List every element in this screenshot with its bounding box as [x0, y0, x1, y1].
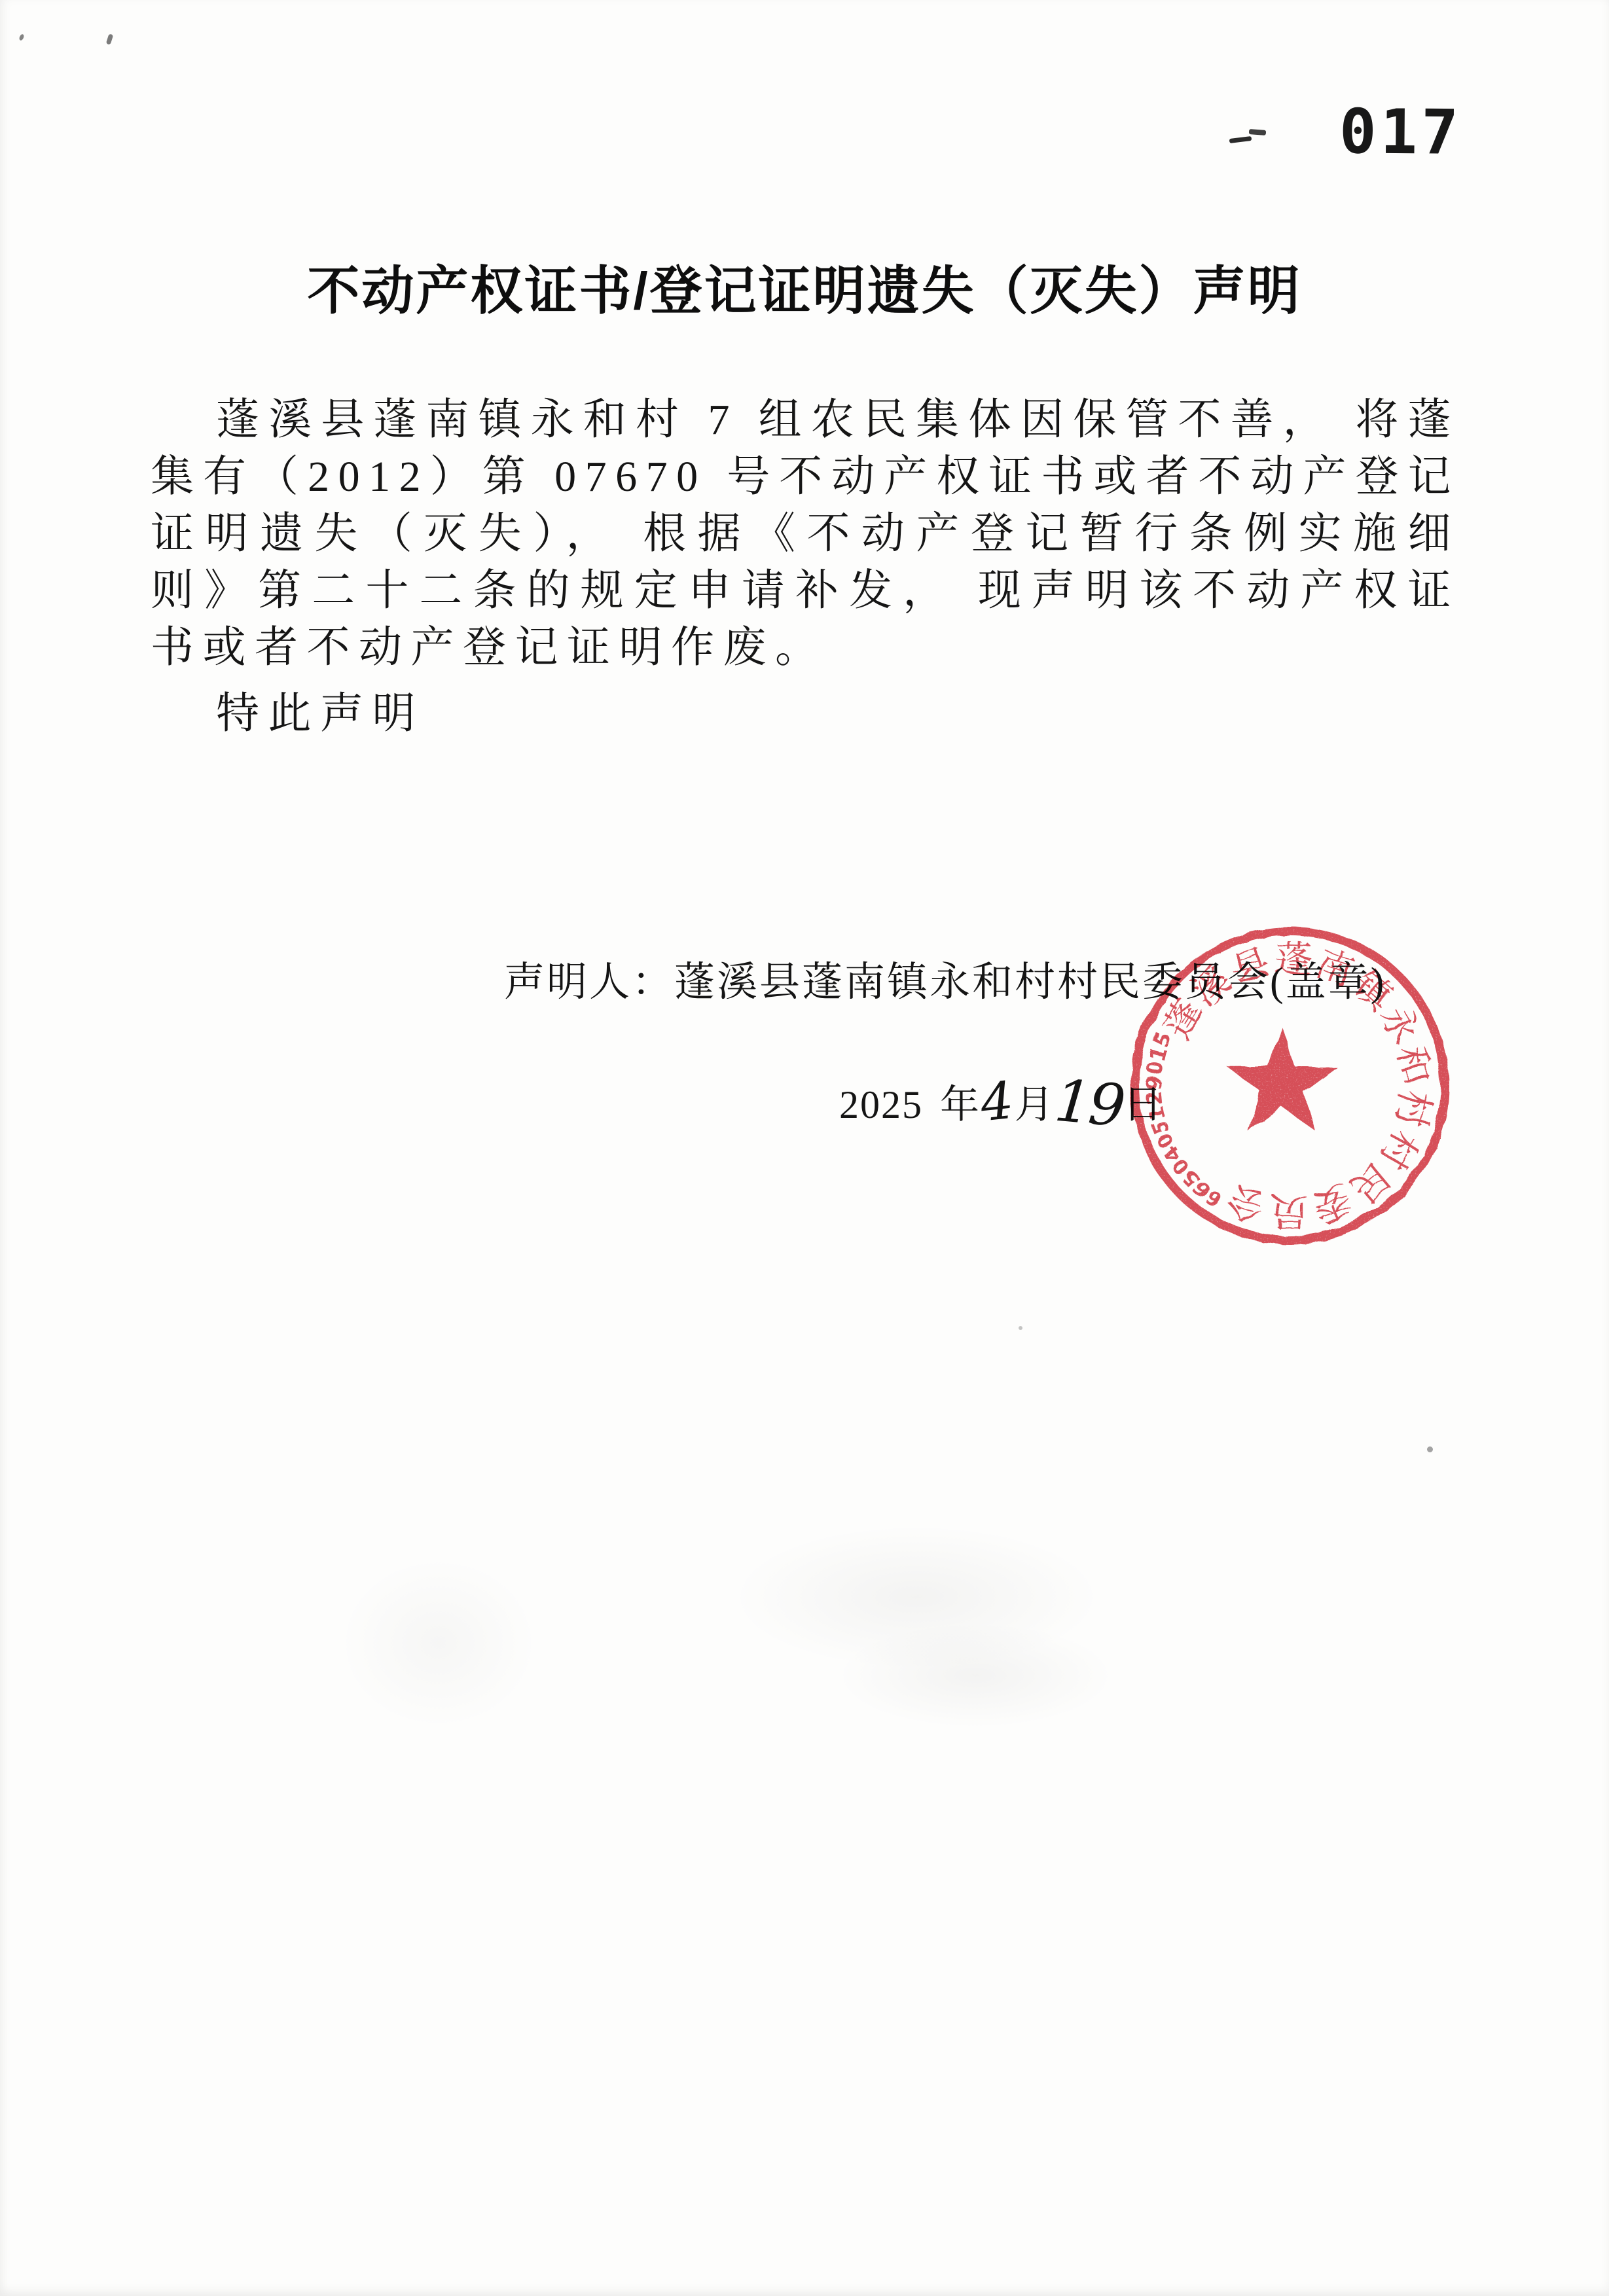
scan-smudge [838, 1623, 1113, 1728]
seal-ring-char: 会 [1221, 1176, 1270, 1228]
body-paragraph: 蓬溪县蓬南镇永和村 7 组农民集体因保管不善， 将蓬集有（2012）第 0767… [151, 391, 1460, 676]
seal-ring-char: 村 [1388, 1085, 1436, 1130]
pen-mark [1249, 129, 1266, 135]
official-seal: 蓬溪县蓬南镇永和村村民委员会 5109215040566 [1121, 916, 1456, 1251]
seal-ring-char: 员 [1267, 1189, 1307, 1230]
seal-ring-char: 和 [1389, 1043, 1436, 1086]
page-number-stamp: 017 [1339, 96, 1463, 169]
scan-speck [18, 33, 25, 41]
star-icon [1225, 1026, 1335, 1130]
seal-code-digit: 2 [1141, 1088, 1166, 1105]
pen-mark [1229, 136, 1252, 143]
declarant-label: 声明人： [504, 960, 674, 1005]
document-title: 不动产权证书/登记证明遗失（灭失）声明 [0, 249, 1609, 324]
document-page: 017 不动产权证书/登记证明遗失（灭失）声明 蓬溪县蓬南镇永和村 7 组农民集… [0, 0, 1609, 2296]
date-year-unit: 年 [940, 1083, 981, 1126]
scan-speck [1019, 1326, 1022, 1330]
date-line: 2025年4月19日 [839, 1064, 1164, 1132]
seal-code: 5109215040566 [1141, 1027, 1225, 1210]
date-day-handwritten: 19 [1052, 1067, 1126, 1140]
scan-smudge [340, 1558, 537, 1728]
date-month-unit: 月 [1015, 1083, 1055, 1126]
closing-line: 特此声明 [151, 685, 1460, 742]
seal-ring-char: 蓬 [1273, 937, 1311, 980]
document-body: 蓬溪县蓬南镇永和村 7 组农民集体因保管不善， 将蓬集有（2012）第 0767… [151, 391, 1460, 742]
date-year: 2025 [839, 1083, 923, 1126]
scan-speck [1427, 1446, 1433, 1452]
seal-code-digit: 9 [1141, 1074, 1165, 1088]
scan-speck [106, 33, 114, 45]
seal-code-digit: 0 [1141, 1058, 1166, 1075]
date-month-handwritten: 4 [978, 1071, 1018, 1134]
